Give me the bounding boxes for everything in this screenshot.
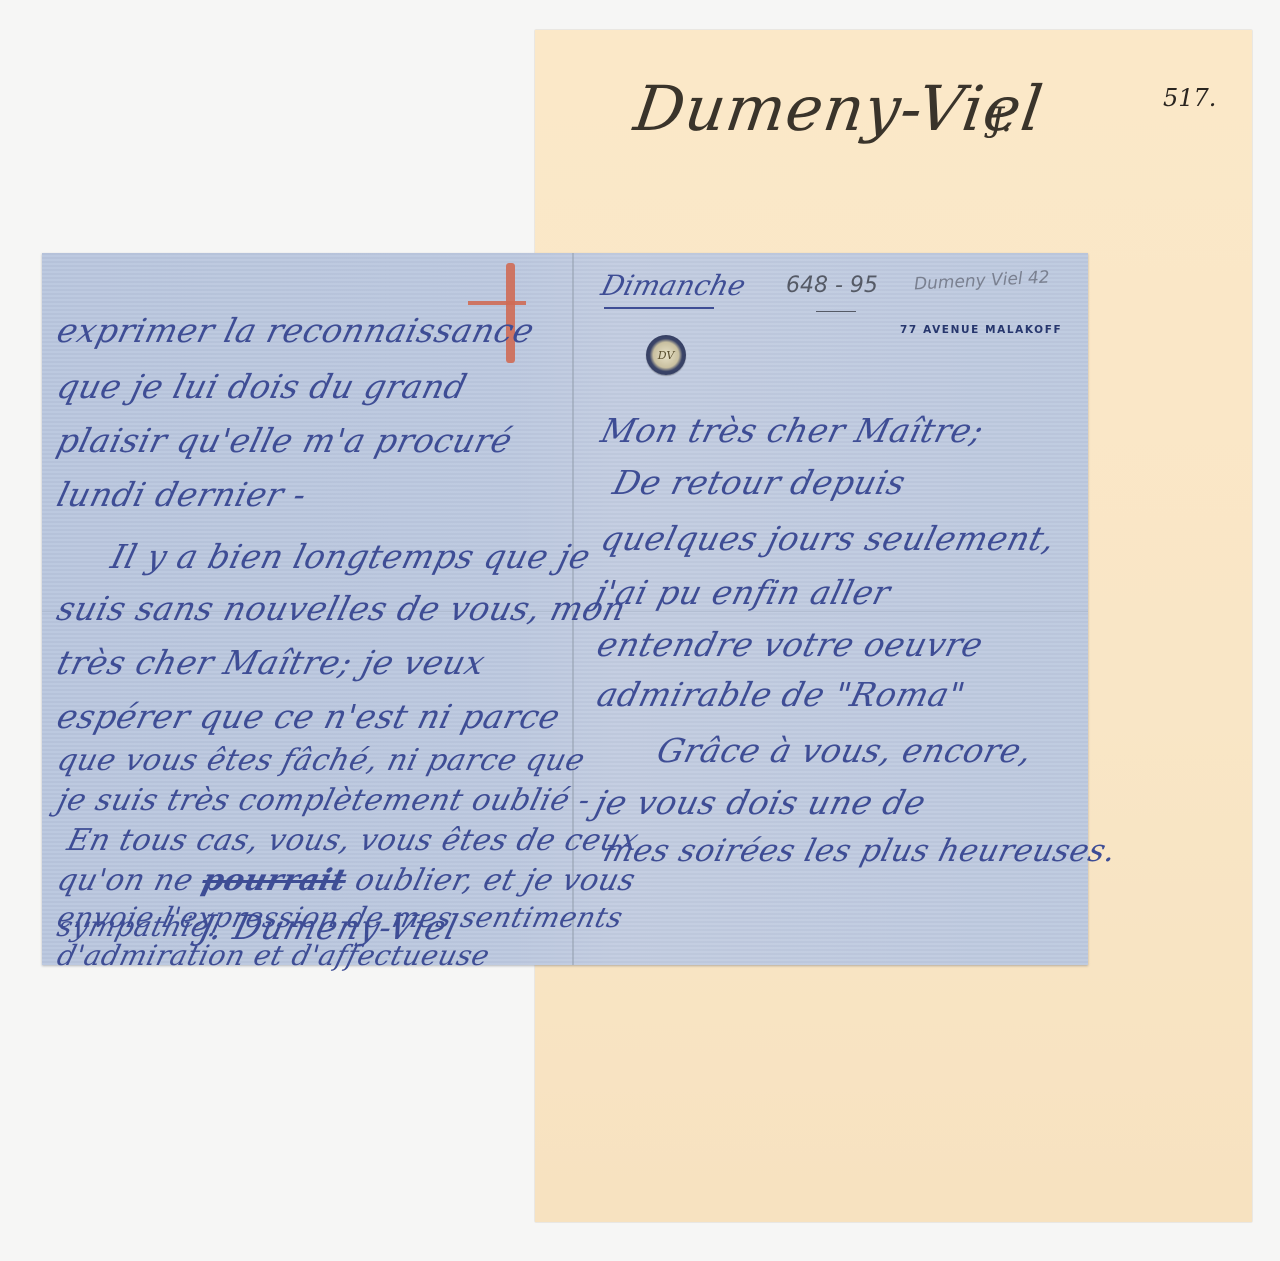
handwritten-line: mes soirées les plus heureuses. <box>600 833 1121 869</box>
red-pencil-cross-bar <box>468 301 526 305</box>
pencil-note: Dumeny Viel 42 <box>914 267 1051 294</box>
handwritten-line: plaisir qu'elle m'a procuré <box>53 421 516 460</box>
handwritten-line: suis sans nouvelles de vous, mon <box>53 589 630 628</box>
archive-number: 648 - 95 <box>786 273 878 298</box>
letter-sheet: exprimer la reconnaissance que je lui do… <box>42 253 1088 965</box>
struck-word: pourrait <box>198 863 350 898</box>
letter-left-page: exprimer la reconnaissance que je lui do… <box>42 253 572 965</box>
handwritten-line: exprimer la reconnaissance <box>53 311 538 350</box>
signature: J. Dumeny-Viel <box>195 908 462 948</box>
handwritten-line: très cher Maître; je veux <box>53 643 489 682</box>
handwritten-line: Il y a bien longtemps que je <box>107 537 595 576</box>
handwritten-line: qu'on ne pourrait oublier, et je vous <box>54 863 640 898</box>
mount-initial: J. <box>990 100 1012 140</box>
handwritten-line: que vous êtes fâché, ni parce que <box>54 743 589 778</box>
handwritten-line: que je lui dois du grand <box>53 367 471 406</box>
letter-date: Dimanche <box>598 269 749 302</box>
handwritten-line: Grâce à vous, encore, <box>653 731 1036 770</box>
handwritten-line: espérer que ce n'est ni parce <box>53 697 564 736</box>
monogram-seal-icon: DV <box>646 335 686 375</box>
archive-underline <box>816 311 856 312</box>
line-prefix: qu'on ne <box>54 863 208 898</box>
handwritten-line: admirable de "Roma" <box>593 675 969 714</box>
letter-right-page: Dimanche 648 - 95 Dumeny Viel 42 77 AVEN… <box>574 253 1088 965</box>
handwritten-line: lundi dernier - <box>53 475 311 514</box>
handwritten-line: je suis très complètement oublié - <box>54 783 595 818</box>
seal-monogram: DV <box>646 335 686 375</box>
handwritten-line: quelques jours seulement, <box>597 519 1059 558</box>
folio-number: 517. <box>1163 84 1216 112</box>
letterhead-address: 77 AVENUE MALAKOFF <box>900 324 1062 336</box>
handwritten-line: De retour depuis <box>609 463 910 502</box>
date-underline <box>604 307 714 309</box>
handwritten-line: Mon très cher Maître; <box>597 411 988 450</box>
handwritten-line: je vous dois une de <box>591 783 930 822</box>
handwritten-line: En tous cas, vous, vous êtes de ceux <box>64 823 643 858</box>
handwritten-line: j'ai pu enfin aller <box>591 573 895 612</box>
mount-title: Dumeny-Viel <box>630 72 1048 145</box>
handwritten-line: entendre votre oeuvre <box>593 625 987 664</box>
